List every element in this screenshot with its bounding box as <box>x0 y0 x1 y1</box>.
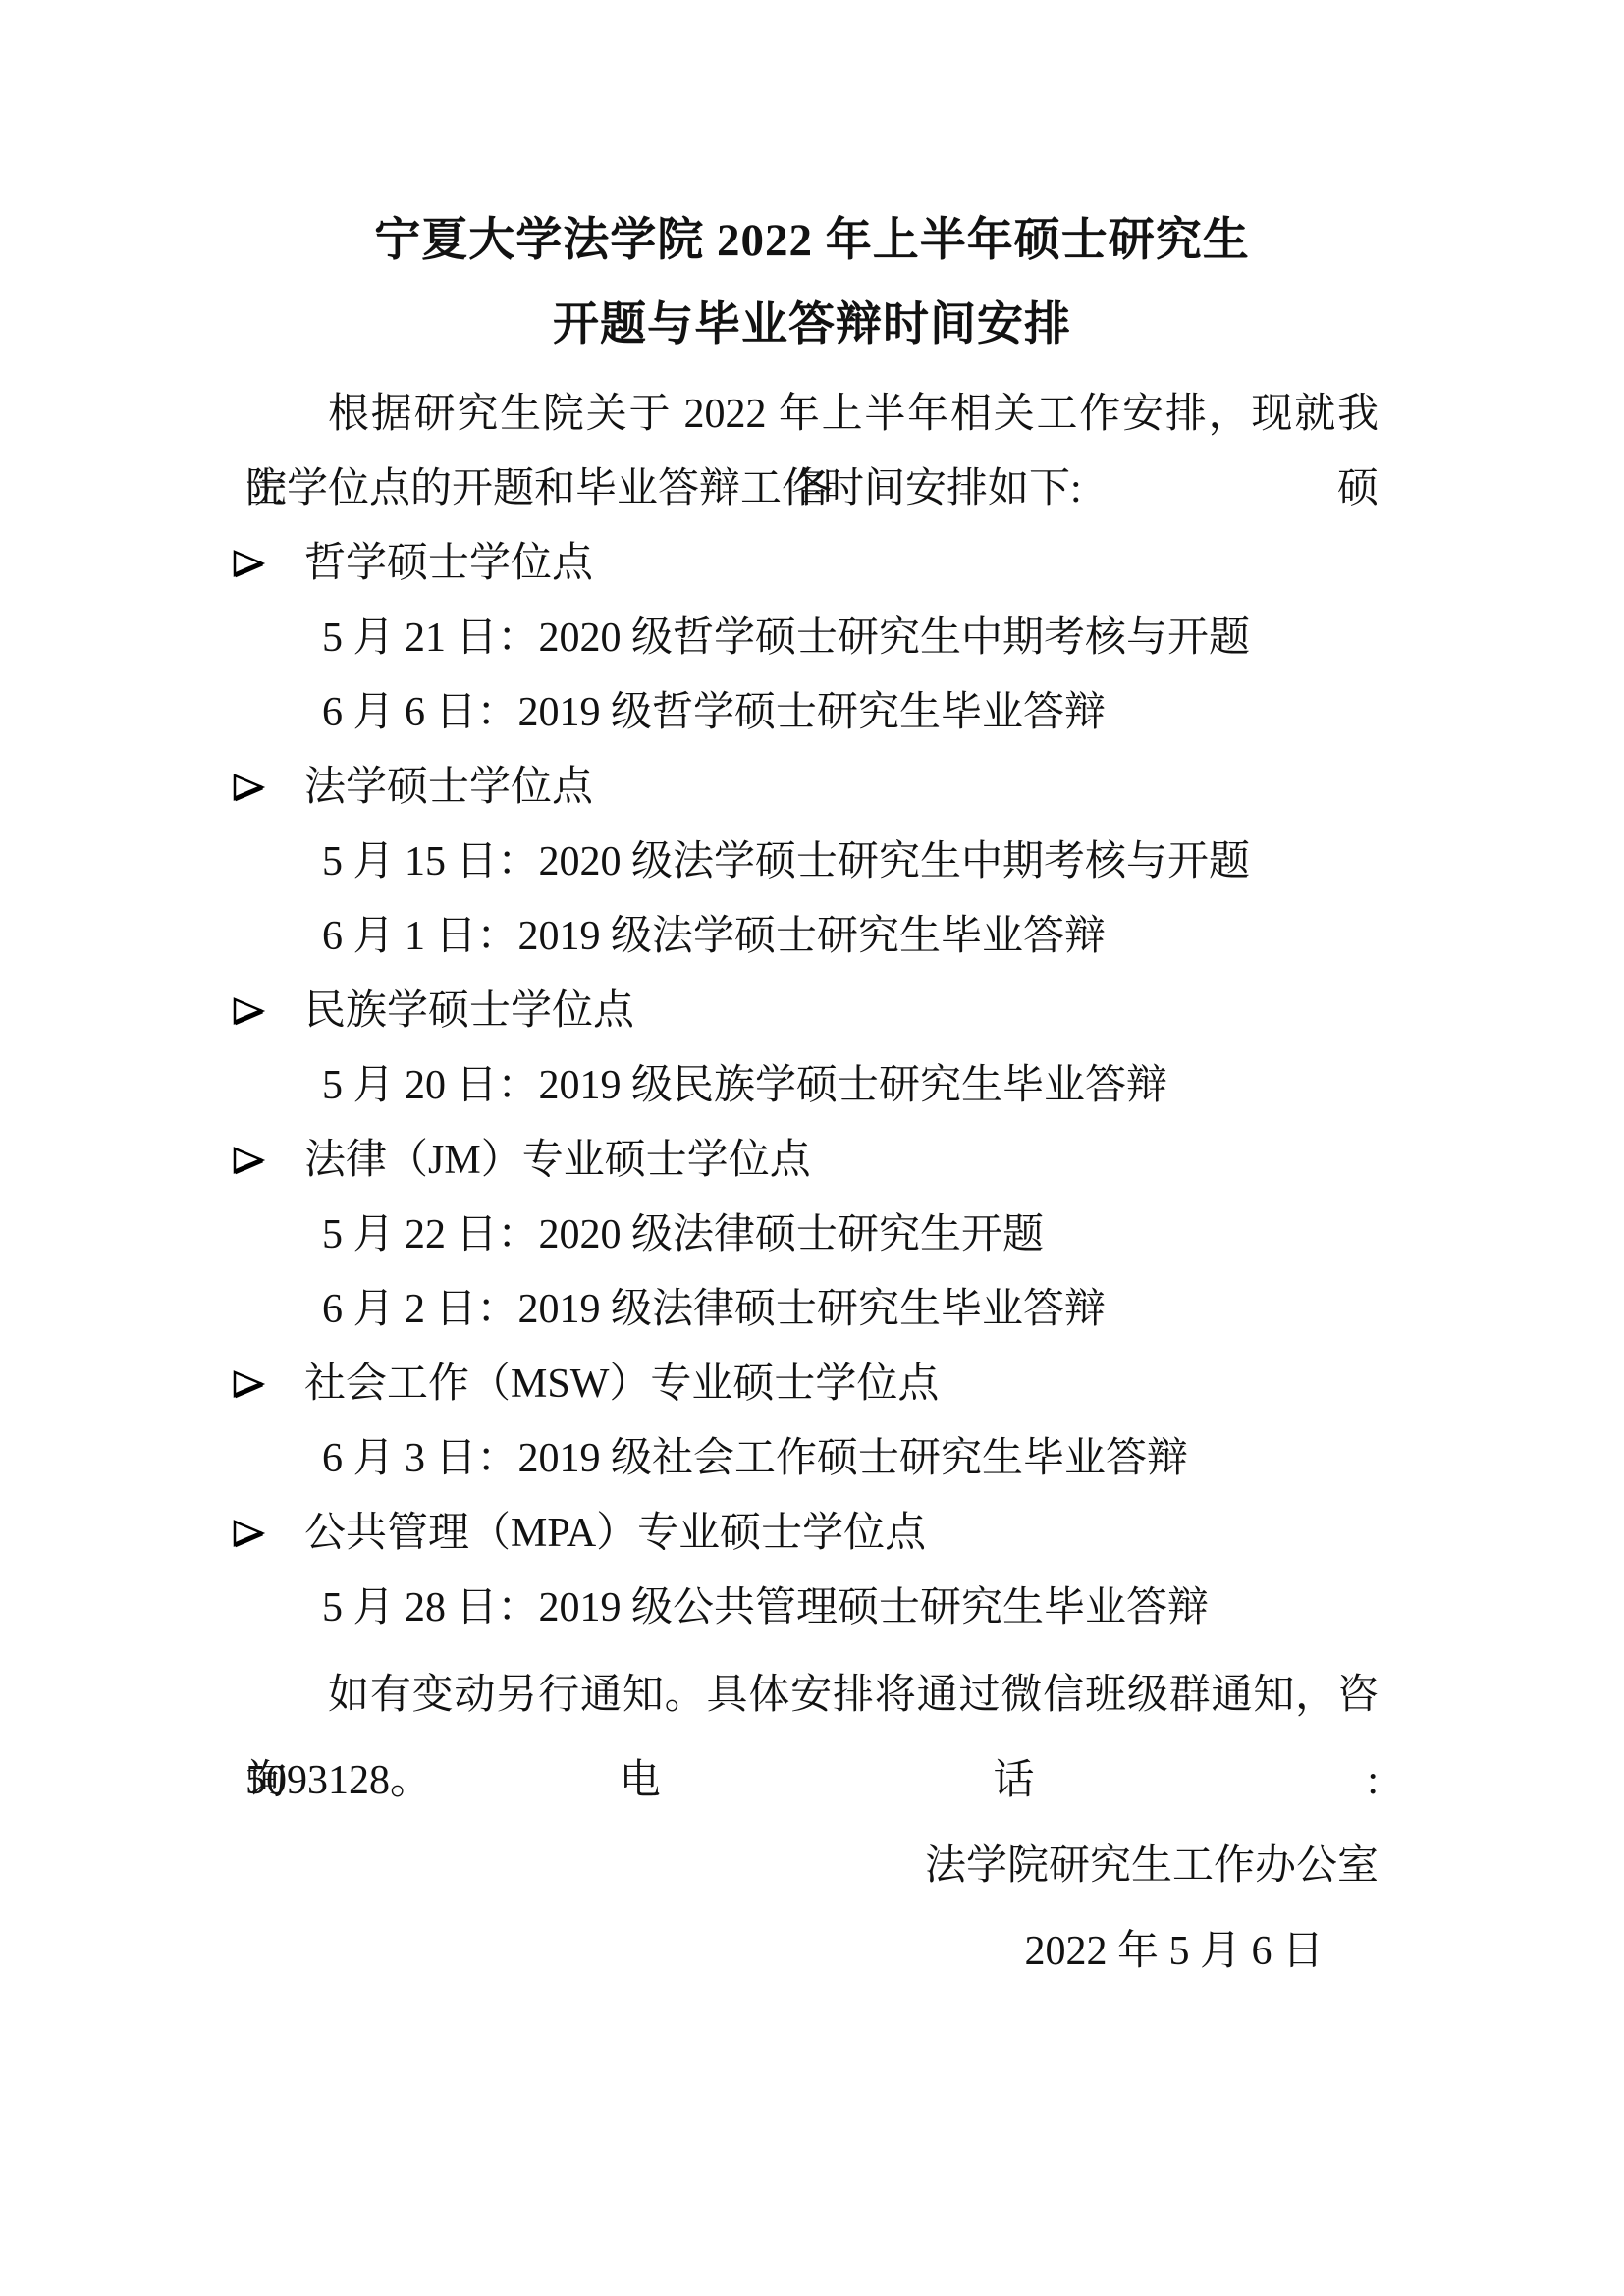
closing-line-1: 如有变动另行通知。具体安排将通过微信班级群通知，咨询电话: <box>245 1653 1379 1738</box>
schedule-line: 6 月 2 日：2019 级法律硕士研究生毕业答辩 <box>245 1272 1379 1347</box>
right-arrowhead-icon <box>232 772 267 803</box>
section-heading-text: 法学硕士学位点 <box>304 750 593 825</box>
date-line: 2022 年 5 月 6 日 <box>245 1909 1379 1995</box>
schedule-line: 5 月 21 日：2020 级哲学硕士研究生中期考核与开题 <box>245 601 1379 675</box>
section-heading-text: 公共管理（MPA）专业硕士学位点 <box>304 1496 926 1571</box>
section-heading-jm: 法律（JM）专业硕士学位点 <box>245 1123 1379 1198</box>
section-heading-ethnology: 民族学硕士学位点 <box>245 974 1379 1048</box>
right-arrowhead-icon <box>232 1145 267 1176</box>
document-title-line-1: 宁夏大学法学院 2022 年上半年硕士研究生 <box>245 198 1379 283</box>
section-heading-text: 法律（JM）专业硕士学位点 <box>304 1123 811 1198</box>
section-heading-mpa: 公共管理（MPA）专业硕士学位点 <box>245 1496 1379 1571</box>
schedule-line: 6 月 1 日：2019 级法学硕士研究生毕业答辩 <box>245 899 1379 974</box>
intro-line-1: 根据研究生院关于 2022 年上半年相关工作安排，现就我院各硕 <box>245 377 1379 452</box>
section-heading-law: 法学硕士学位点 <box>245 750 1379 825</box>
section-heading-text: 民族学硕士学位点 <box>304 974 634 1048</box>
section-heading-msw: 社会工作（MSW）专业硕士学位点 <box>245 1347 1379 1421</box>
schedule-line: 6 月 3 日：2019 级社会工作硕士研究生毕业答辩 <box>245 1421 1379 1496</box>
schedule-line: 5 月 15 日：2020 级法学硕士研究生中期考核与开题 <box>245 825 1379 899</box>
schedule-line: 6 月 6 日：2019 级哲学硕士研究生毕业答辩 <box>245 675 1379 750</box>
document-title-line-2: 开题与毕业答辩时间安排 <box>245 283 1379 367</box>
document-body: 根据研究生院关于 2022 年上半年相关工作安排，现就我院各硕 士学位点的开题和… <box>245 377 1379 1645</box>
schedule-line: 5 月 22 日：2020 级法律硕士研究生开题 <box>245 1198 1379 1272</box>
right-arrowhead-icon <box>232 995 267 1027</box>
section-heading-text: 社会工作（MSW）专业硕士学位点 <box>304 1347 939 1421</box>
signature-line: 法学院研究生工作办公室 <box>245 1824 1379 1909</box>
document-page: 宁夏大学法学院 2022 年上半年硕士研究生 开题与毕业答辩时间安排 根据研究生… <box>0 0 1624 2296</box>
right-arrowhead-icon <box>232 548 267 579</box>
closing-block: 如有变动另行通知。具体安排将通过微信班级群通知，咨询电话: 5093128。 法… <box>245 1653 1379 1995</box>
right-arrowhead-icon <box>232 1368 267 1400</box>
schedule-line: 5 月 28 日：2019 级公共管理硕士研究生毕业答辩 <box>245 1571 1379 1645</box>
section-heading-text: 哲学硕士学位点 <box>304 526 593 601</box>
section-heading-philosophy: 哲学硕士学位点 <box>245 526 1379 601</box>
schedule-line: 5 月 20 日：2019 级民族学硕士研究生毕业答辩 <box>245 1048 1379 1123</box>
right-arrowhead-icon <box>232 1518 267 1549</box>
